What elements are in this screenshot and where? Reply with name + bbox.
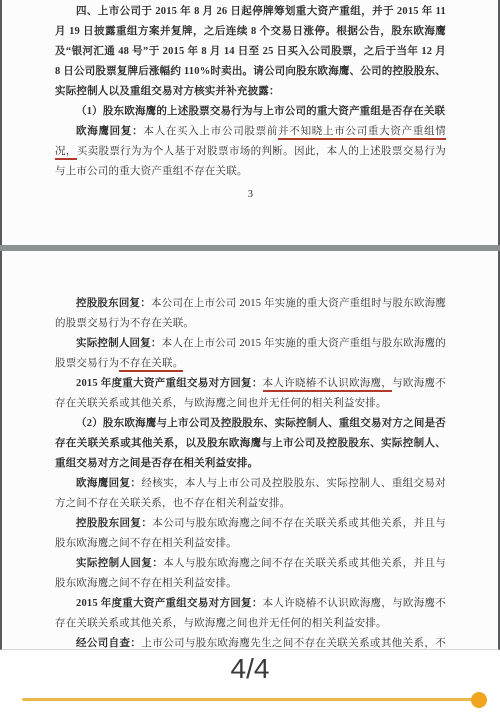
reply-lead: 欧海鹰回复： bbox=[76, 126, 143, 137]
page-3-text: 四、上市公司于 2015 年 8 月 26 日起停牌筹划重大资产重组，并于 20… bbox=[2, 0, 498, 205]
red-underlined-text: 不存在关联。 bbox=[119, 358, 183, 372]
reply-lead: 控股股东回复： bbox=[76, 298, 151, 309]
paragraph: 2015 年度重大资产重组交易对方回复：本人许晓椿不认识欧海鹰，与欧海鹰不存在关… bbox=[55, 374, 446, 414]
page-indicator: 4/4 bbox=[0, 653, 500, 685]
paragraph: 经公司自查：上市公司与股东欧海鹰先生之间不存在关联关系或其他关系，不存在 bbox=[55, 634, 446, 650]
body-text: （2）股东欧海鹰与上市公司及控股股东、实际控制人、重组交易对方之间是否存在关联关… bbox=[55, 418, 446, 469]
reply-lead: 2015 年度重大资产重组交易对方回复： bbox=[76, 378, 263, 389]
document-page-4: 控股股东回复：本公司在上市公司 2015 年实施的重大资产重组时与股东欧海鹰的股… bbox=[0, 251, 500, 650]
progress-track[interactable] bbox=[22, 698, 487, 701]
paragraph: 实际控制人回复：本人与股东欧海鹰之间不存在关联关系或其他关系，并且与股东欧海鹰之… bbox=[55, 554, 446, 594]
reply-lead: 2015 年度重大资产重组交易对方回复： bbox=[76, 598, 263, 609]
body-text: 买卖股票行为为个人基于对股票市场的判断。因此，本人的上述股票交易行为与上市公司的… bbox=[55, 146, 446, 177]
body-text: 四、上市公司于 2015 年 8 月 26 日起停牌筹划重大资产重组，并于 20… bbox=[55, 6, 446, 97]
body-text: 本人在买入上市公司股票前 bbox=[143, 126, 278, 137]
paragraph: 四、上市公司于 2015 年 8 月 26 日起停牌筹划重大资产重组，并于 20… bbox=[55, 2, 446, 102]
progress-slider[interactable] bbox=[22, 698, 487, 702]
paragraph: 实际控制人回复：本人在上市公司 2015 年实施的重大资产重组与股东欧海鹰的股票… bbox=[55, 334, 446, 374]
reply-lead: 实际控制人回复： bbox=[76, 558, 163, 569]
body-text: （1）股东欧海鹰的上述股票交易行为与上市公司的重大资产重组是否存在关联 bbox=[76, 106, 445, 117]
reply-lead: 欧海鹰回复： bbox=[76, 478, 141, 489]
page-4-text: 控股股东回复：本公司在上市公司 2015 年实施的重大资产重组时与股东欧海鹰的股… bbox=[2, 251, 498, 650]
progress-knob[interactable] bbox=[471, 692, 487, 708]
red-underlined-text: 本人许晓椿不认识欧海鹰， bbox=[263, 378, 393, 392]
reply-lead: 经公司自查： bbox=[76, 638, 141, 649]
page-number: 3 bbox=[55, 185, 446, 205]
document-page-3: 四、上市公司于 2015 年 8 月 26 日起停牌筹划重大资产重组，并于 20… bbox=[0, 0, 500, 245]
paragraph: 控股股东回复：本公司与股东欧海鹰之间不存在关联关系或其他关系，并且与股东欧海鹰之… bbox=[55, 514, 446, 554]
paragraph: 2015 年度重大资产重组交易对方回复：本人许晓椿不认识欧海鹰，与欧海鹰不存在关… bbox=[55, 594, 446, 634]
reply-lead: 实际控制人回复： bbox=[76, 338, 162, 349]
paragraph: 欧海鹰回复：本人在买入上市公司股票前并不知晓上市公司重大资产重组情况，买卖股票行… bbox=[55, 122, 446, 182]
reply-lead: 控股股东回复： bbox=[76, 518, 152, 529]
paragraph: 欧海鹰回复：经核实，本人与上市公司及控股股东、实际控制人、重组交易对方之间不存在… bbox=[55, 474, 446, 514]
paragraph: 控股股东回复：本公司在上市公司 2015 年实施的重大资产重组时与股东欧海鹰的股… bbox=[55, 294, 446, 334]
viewer-footer: 4/4 bbox=[0, 650, 500, 713]
document-viewer: 四、上市公司于 2015 年 8 月 26 日起停牌筹划重大资产重组，并于 20… bbox=[0, 0, 500, 713]
paragraph: （1）股东欧海鹰的上述股票交易行为与上市公司的重大资产重组是否存在关联 bbox=[55, 102, 446, 122]
paragraph: （2）股东欧海鹰与上市公司及控股股东、实际控制人、重组交易对方之间是否存在关联关… bbox=[55, 414, 446, 474]
